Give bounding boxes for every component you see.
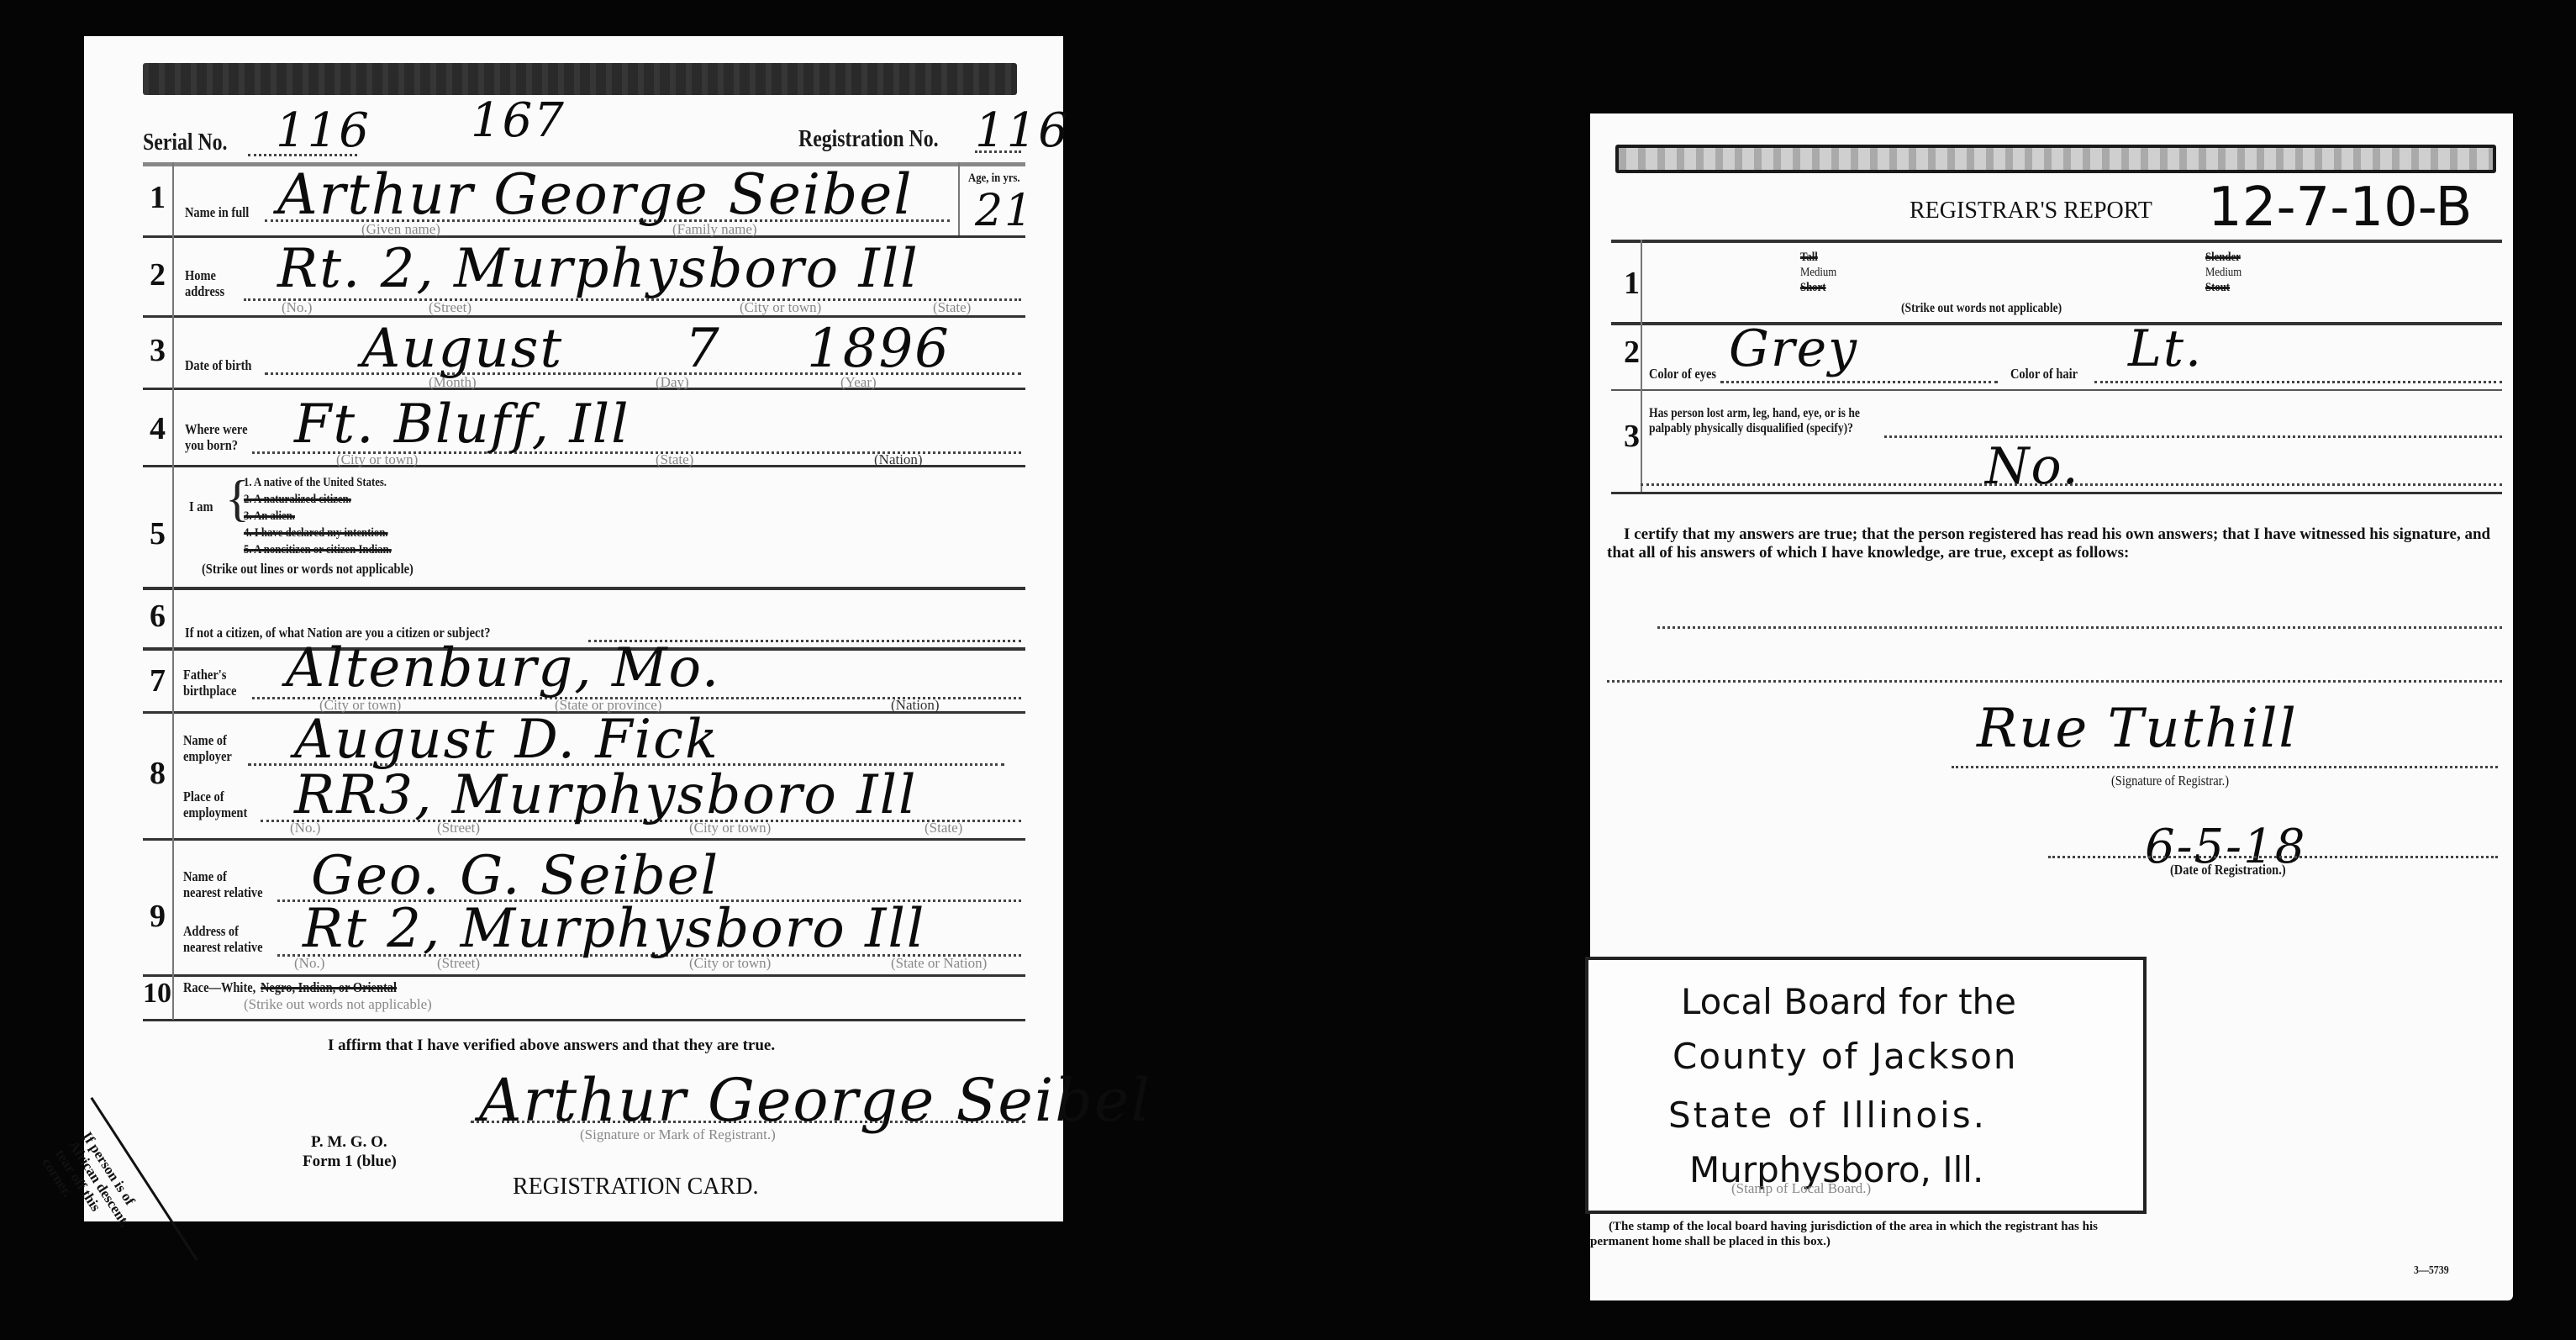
build-option: Medium	[2205, 265, 2241, 281]
registration-value: 116	[975, 103, 1070, 158]
city-caption: (City or town)	[336, 451, 418, 468]
disability-value: No.	[1985, 437, 2080, 496]
stamp-line: Local Board for the	[1681, 981, 2016, 1022]
row-number: 6	[150, 598, 166, 635]
citizenship-option: 4. I have declared my intention.	[244, 525, 388, 541]
citizenship-label: I am	[189, 499, 213, 514]
home-address-label: Home	[185, 267, 216, 283]
employer-label-2: employer	[183, 748, 232, 764]
city-caption: (City or town)	[740, 299, 821, 316]
father-birthplace-label-2: birthplace	[183, 683, 236, 699]
day-caption: (Day)	[656, 374, 689, 391]
no-caption: (No.)	[290, 820, 320, 836]
birth-year-value: 1896	[807, 318, 951, 380]
row-number: 8	[150, 755, 166, 792]
citizenship-option: 1. A native of the United States.	[244, 475, 387, 491]
street-caption: (Street)	[429, 299, 471, 316]
citizenship-option: 2. A naturalized citizen.	[244, 492, 351, 508]
month-caption: (Month)	[429, 374, 477, 391]
state-caption: (State)	[933, 299, 971, 316]
registrar-signature-caption: (Signature of Registrar.)	[2111, 773, 2229, 789]
signature-caption: (Signature or Mark of Registrant.)	[580, 1126, 776, 1143]
state-caption: (State)	[656, 451, 693, 468]
hair-color-value: Lt.	[2128, 319, 2203, 378]
eye-color-label: Color of eyes	[1649, 366, 1716, 382]
eye-color-value: Grey	[1729, 319, 1858, 378]
stamp-instructions: (The stamp of the local board having jur…	[1590, 1219, 2145, 1249]
employment-place-value: RR3, Murphysboro Ill	[294, 764, 918, 826]
nation-caption: (Nation)	[891, 697, 940, 714]
father-birthplace-label: Father's	[183, 667, 226, 683]
registration-date-caption: (Date of Registration.)	[2170, 862, 2286, 878]
header-bar	[143, 63, 1017, 95]
year-caption: (Year)	[840, 374, 877, 391]
affirmation-text: I affirm that I have verified above answ…	[328, 1037, 775, 1055]
strike-note: (Strike out lines or words not applicabl…	[202, 561, 414, 577]
registrar-signature: Rue Tuthill	[1977, 698, 2298, 760]
family-name-caption: (Family name)	[672, 221, 757, 238]
height-option: Short	[1800, 280, 1825, 296]
no-caption: (No.)	[294, 955, 324, 972]
home-address-value: Rt. 2, Murphysboro Ill	[277, 238, 919, 300]
age-label: Age, in yrs.	[968, 171, 1020, 187]
state-nation-caption: (State or Nation)	[891, 955, 987, 972]
serial-extra-number: 167	[471, 93, 566, 148]
registration-label: Registration No.	[798, 127, 939, 152]
registrar-report-card: REGISTRAR'S REPORT 12-7-10-B 1 Tall Medi…	[1590, 113, 2513, 1300]
row-number: 7	[150, 662, 166, 699]
disability-label: Has person lost arm, leg, hand, eye, or …	[1649, 405, 1860, 421]
disability-label-2: palpably physically disqualified (specif…	[1649, 420, 1853, 436]
row-number: 9	[150, 898, 166, 935]
form-label: Form 1 (blue)	[303, 1153, 397, 1171]
home-address-label-2: address	[185, 283, 224, 299]
height-option: Medium	[1800, 265, 1836, 281]
serial-label: Serial No.	[143, 130, 227, 156]
citizenship-option: 5. A noncitizen or citizen Indian.	[244, 542, 392, 558]
citizenship-option: 3. An alien.	[244, 509, 295, 525]
strike-note: (Strike out words not applicable)	[244, 996, 432, 1013]
birth-month-value: August	[361, 318, 563, 380]
row-number: 2	[150, 256, 166, 293]
row-number: 2	[1624, 334, 1640, 371]
pmgo-label: P. M. G. O.	[311, 1133, 387, 1152]
city-caption: (City or town)	[689, 820, 771, 836]
state-caption: (State)	[925, 820, 962, 836]
strike-note: (Strike out words not applicable)	[1901, 300, 2062, 316]
birthplace-label: Where were	[185, 421, 247, 437]
relative-name-label-2: nearest relative	[183, 884, 263, 900]
no-caption: (No.)	[282, 299, 312, 316]
hair-color-label: Color of hair	[2010, 366, 2078, 382]
age-value: 21	[975, 186, 1034, 236]
form-number: 3—5739	[2414, 1263, 2449, 1279]
race-label: Race—White,	[183, 979, 255, 995]
relative-address-label-2: nearest relative	[183, 939, 263, 955]
nation-caption: (Nation)	[874, 451, 923, 468]
relative-address-value: Rt 2, Murphysboro Ill	[303, 898, 925, 960]
name-value: Arthur George Seibel	[277, 162, 913, 227]
street-caption: (Street)	[437, 820, 480, 836]
build-option: Slender	[2205, 250, 2241, 266]
report-title: REGISTRAR'S REPORT	[1910, 198, 2152, 224]
row-number: 1	[1624, 265, 1640, 302]
serial-value: 116	[276, 103, 371, 158]
stamp-line: County of Jackson	[1673, 1036, 2018, 1077]
name-label: Name in full	[185, 204, 249, 220]
row-number: 1	[150, 179, 166, 216]
father-birthplace-value: Altenburg, Mo.	[286, 637, 720, 699]
registration-card: Serial No. 116 167 Registration No. 116 …	[84, 36, 1063, 1221]
relative-name-label: Name of	[183, 868, 227, 884]
employment-place-label: Place of	[183, 789, 224, 805]
employment-place-label-2: employment	[183, 805, 247, 820]
header-bar	[1615, 145, 2496, 173]
birthplace-label-2: you born?	[185, 437, 238, 453]
card-title: REGISTRATION CARD.	[513, 1174, 758, 1200]
corner-note: If person is of African descent, tear of…	[39, 1129, 146, 1247]
birth-day-value: 7	[685, 318, 721, 380]
employer-label: Name of	[183, 732, 227, 748]
date-of-birth-label: Date of birth	[185, 357, 251, 373]
row-number: 4	[150, 410, 166, 447]
race-struck-options: Negro, Indian, or Oriental	[261, 979, 397, 995]
row-number: 5	[150, 515, 166, 552]
stamp-line: State of Illinois.	[1668, 1095, 1987, 1136]
street-caption: (Street)	[437, 955, 480, 972]
relative-address-label: Address of	[183, 923, 239, 939]
height-option: Tall	[1800, 250, 1818, 266]
given-name-caption: (Given name)	[361, 221, 440, 238]
row-number: 10	[143, 978, 171, 1010]
build-option: Stout	[2205, 280, 2230, 296]
registrant-signature: Arthur George Seibel	[479, 1066, 1151, 1135]
report-code: 12-7-10-B	[2208, 177, 2473, 239]
certification-text: I certify that my answers are true; that…	[1607, 525, 2506, 562]
local-board-stamp: Local Board for the County of Jackson St…	[1585, 957, 2147, 1214]
birthplace-value: Ft. Bluff, Ill	[294, 393, 630, 456]
city-caption: (City or town)	[689, 955, 771, 972]
employer-value: August D. Fick	[294, 709, 719, 771]
row-number: 3	[1624, 418, 1640, 455]
row-number: 3	[150, 332, 166, 369]
stamp-caption: (Stamp of Local Board.)	[1731, 1180, 1871, 1197]
